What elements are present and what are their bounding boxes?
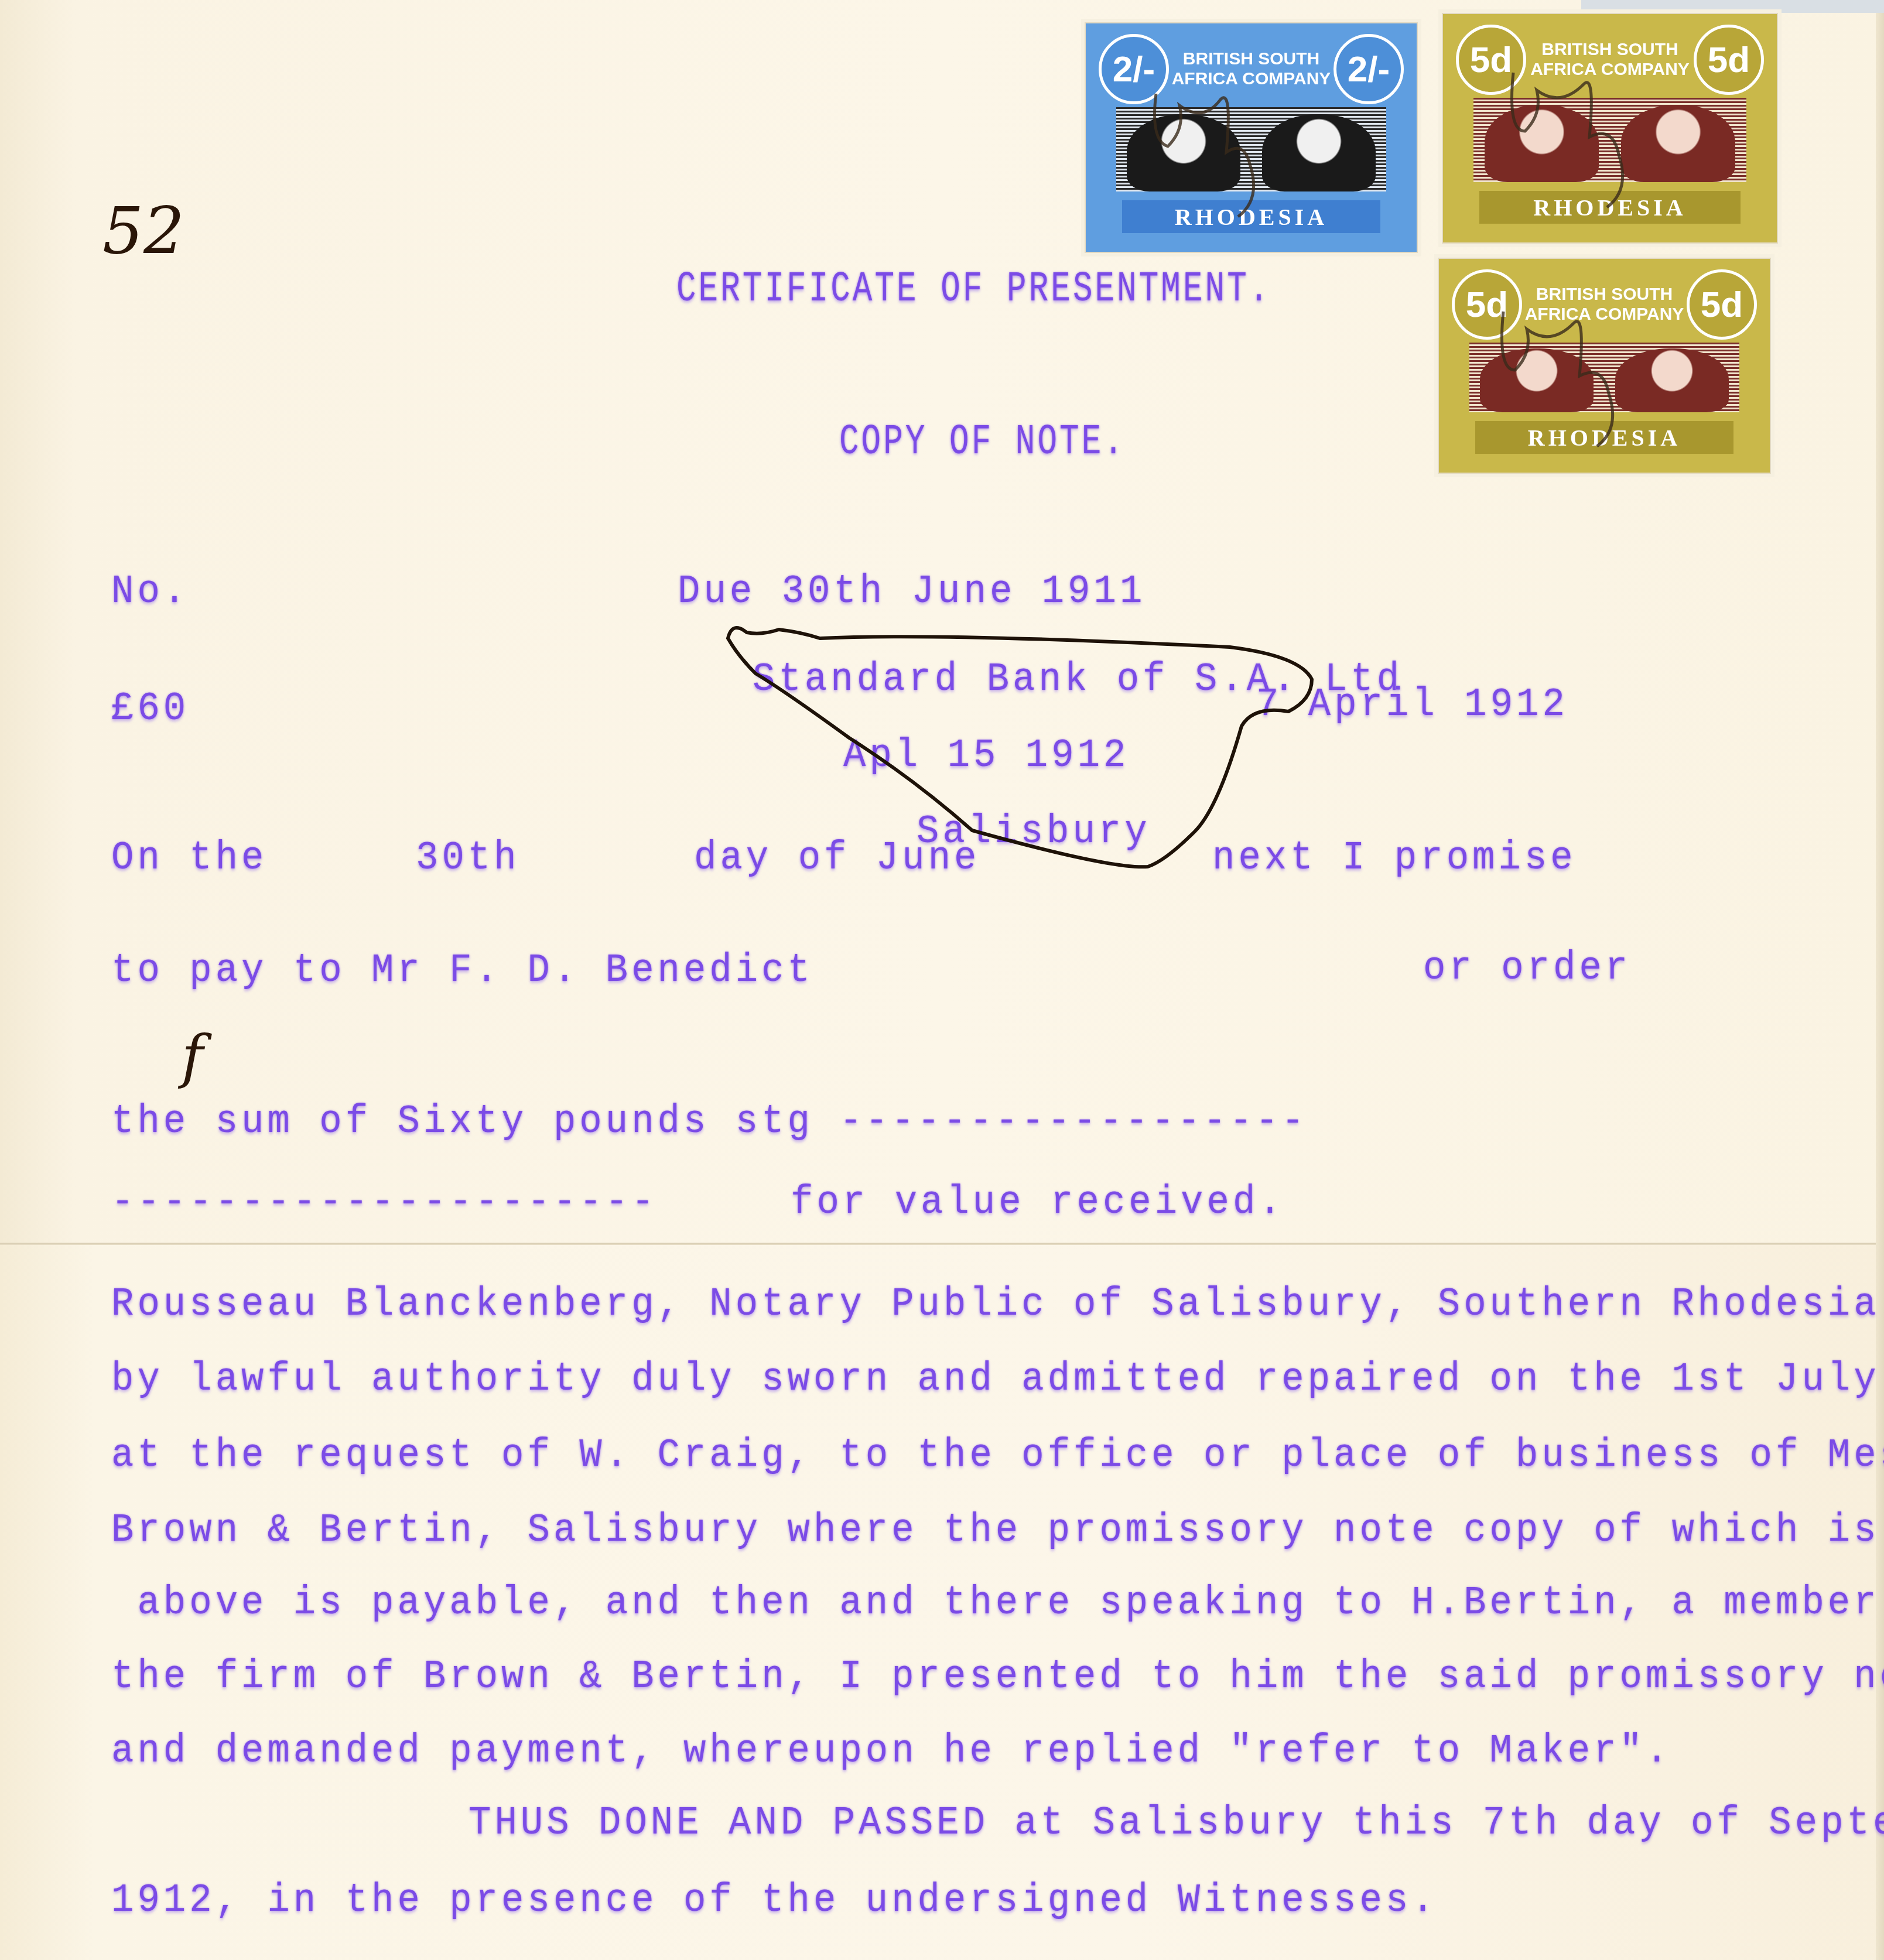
certificate-line: the firm of Brown & Bertin, I presented …: [111, 1654, 1884, 1700]
closing-line: 1912, in the presence of the undersigned…: [111, 1878, 1438, 1924]
closing-line: THUS DONE AND PASSED at Salisbury this 7…: [469, 1801, 1884, 1846]
certificate-line: Rousseau Blanckenberg, Notary Public of …: [111, 1282, 1880, 1328]
certificate-line: by lawful authority duly sworn and admit…: [111, 1357, 1884, 1403]
certificate-line: and demanded payment, whereupon he repli…: [111, 1729, 1671, 1774]
certificate-line: at the request of W. Craig, to the offic…: [111, 1433, 1884, 1479]
certificate-line: above is payable, and then and there spe…: [111, 1581, 1884, 1626]
certificate-line: Brown & Bertin, Salisbury where the prom…: [111, 1508, 1884, 1554]
